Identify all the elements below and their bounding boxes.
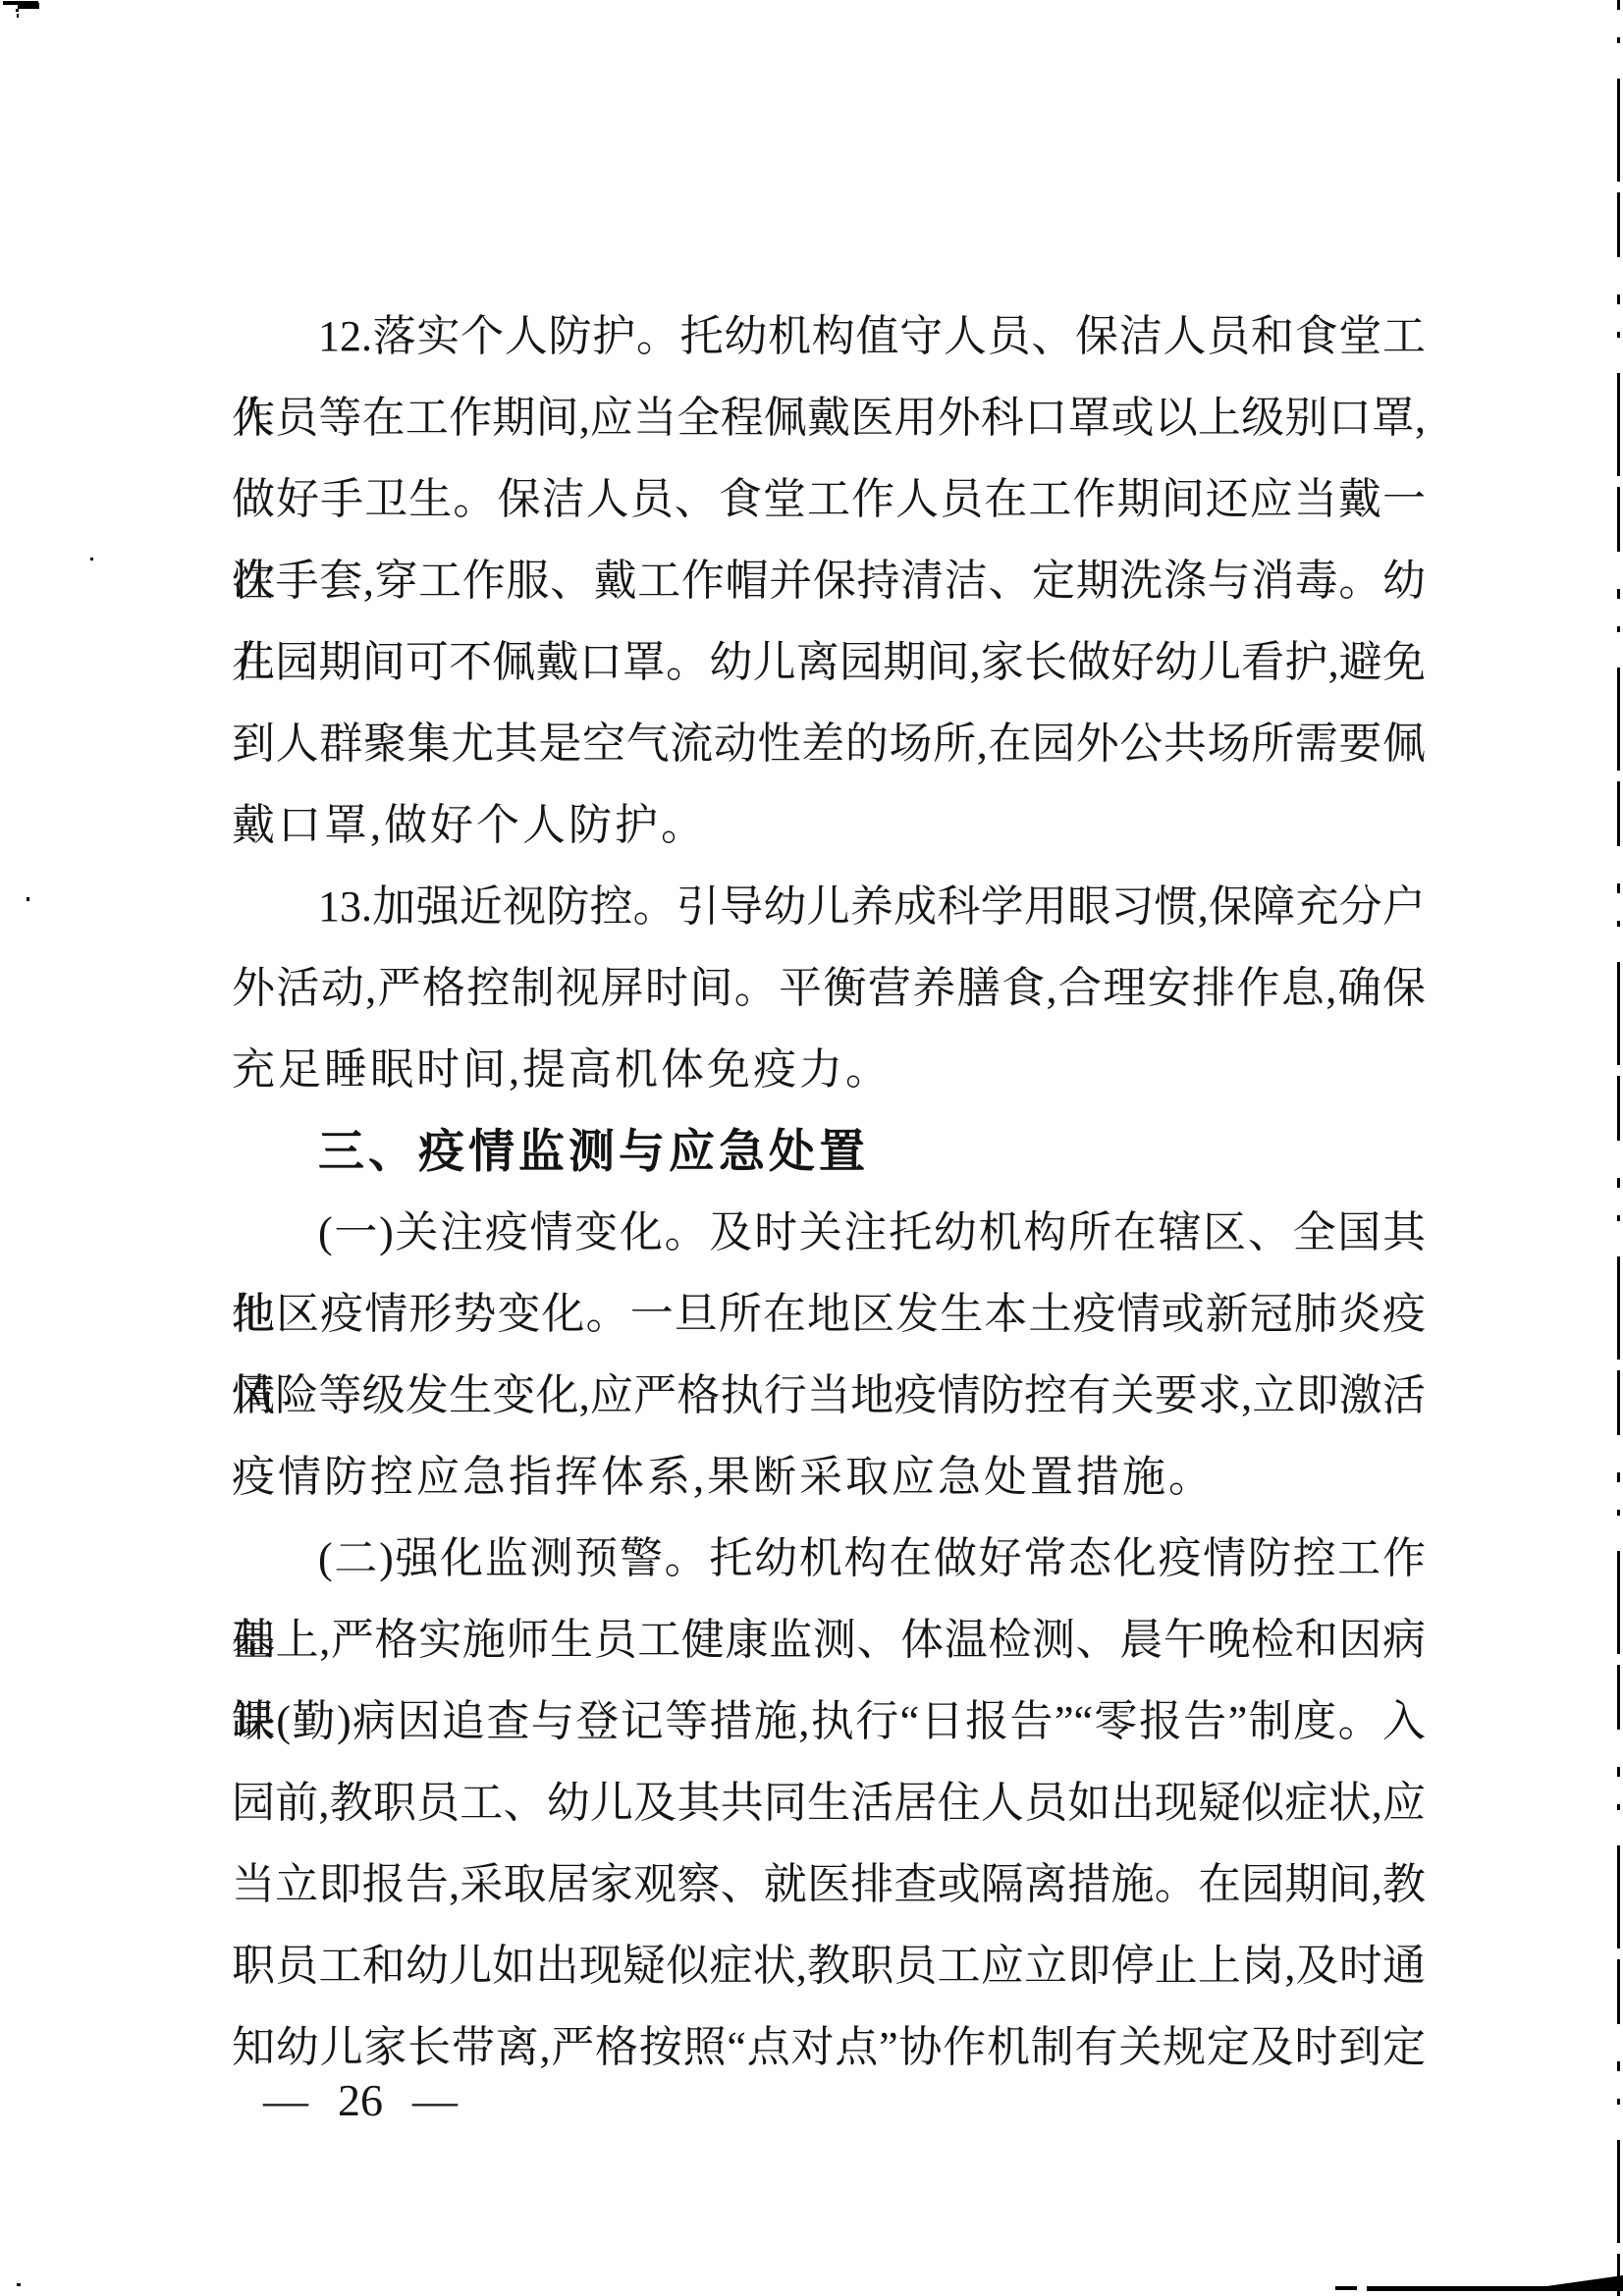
- text-line-9: 外活动,严格控制视屏时间。平衡营养膳食,合理安排作息,确保: [232, 947, 1426, 1029]
- page-number: 26: [338, 2075, 383, 2125]
- text-line-19: 园前,教职员工、幼儿及其共同生活居住人员如出现疑似症状,应: [232, 1762, 1426, 1843]
- scan-speck: [90, 558, 93, 561]
- section-heading: 三、疫情监测与应急处置: [232, 1110, 1426, 1192]
- scan-speck: [17, 2283, 21, 2286]
- scan-smudge-top-left-2: [18, 3, 39, 9]
- text-line-1: 12.落实个人防护。托幼机构值守人员、保洁人员和食堂工作: [232, 295, 1426, 377]
- text-line-13: 地区疫情形势变化。一旦所在地区发生本土疫情或新冠肺炎疫情: [232, 1273, 1426, 1355]
- scanned-document-page: 12.落实个人防护。托幼机构值守人员、保洁人员和食堂工作人员等在工作期间,应当全…: [0, 0, 1623, 2296]
- text-line-21: 职员工和幼儿如出现疑似症状,教职员工应立即停止上岗,及时通: [232, 1925, 1426, 2006]
- text-line-3: 做好手卫生。保洁人员、食堂工作人员在工作期间还应当戴一次: [232, 458, 1426, 540]
- text-block: 12.落实个人防护。托幼机构值守人员、保洁人员和食堂工作人员等在工作期间,应当全…: [232, 295, 1426, 2088]
- text-line-8: 13.加强近视防控。引导幼儿养成科学用眼习惯,保障充分户: [232, 866, 1426, 947]
- scan-speck: [17, 14, 19, 18]
- text-line-12: (一)关注疫情变化。及时关注托幼机构所在辖区、全国其他: [232, 1192, 1426, 1273]
- scan-speck: [27, 897, 29, 901]
- text-line-10: 充足睡眠时间,提高机体免疫力。: [232, 1029, 1426, 1110]
- text-line-20: 当立即报告,采取居家观察、就医排查或隔离措施。在园期间,教: [232, 1843, 1426, 1925]
- scan-bottom-corner-wedge: [1512, 2275, 1623, 2291]
- text-line-18: 课(勤)病因追查与登记等措施,执行“日报告”“零报告”制度。入: [232, 1681, 1426, 1762]
- footer-dash-left: —: [263, 2075, 308, 2125]
- page-footer: —26—: [263, 2073, 458, 2128]
- scan-bottom-dash: [1335, 2286, 1357, 2290]
- text-line-15: 疫情防控应急指挥体系,果断采取应急处置措施。: [232, 1436, 1426, 1518]
- scan-edge-line-right: [1617, 0, 1620, 2296]
- text-line-6: 到人群聚集尤其是空气流动性差的场所,在园外公共场所需要佩: [232, 703, 1426, 784]
- text-line-14: 风险等级发生变化,应严格执行当地疫情防控有关要求,立即激活: [232, 1355, 1426, 1436]
- footer-dash-right: —: [412, 2075, 458, 2125]
- text-line-17: 础上,严格实施师生员工健康监测、体温检测、晨午晚检和因病缺: [232, 1599, 1426, 1681]
- text-line-7: 戴口罩,做好个人防护。: [232, 784, 1426, 866]
- text-line-16: (二)强化监测预警。托幼机构在做好常态化疫情防控工作基: [232, 1518, 1426, 1599]
- text-line-5: 在园期间可不佩戴口罩。幼儿离园期间,家长做好幼儿看护,避免: [232, 621, 1426, 703]
- scan-speck: [16, 9, 19, 12]
- text-line-2: 人员等在工作期间,应当全程佩戴医用外科口罩或以上级别口罩,: [232, 377, 1426, 458]
- text-line-4: 性手套,穿工作服、戴工作帽并保持清洁、定期洗涤与消毒。幼儿: [232, 540, 1426, 621]
